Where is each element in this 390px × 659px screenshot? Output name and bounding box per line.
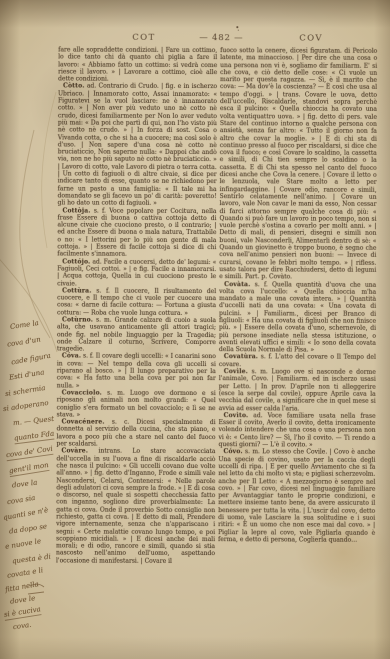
entry-headword: Cotùrno.: [62, 316, 93, 323]
ink-speck: [236, 26, 238, 28]
entry-headword: Covìto.: [224, 412, 249, 419]
entry-body: s. f. Voce popolare per Cocitura, nella …: [57, 207, 216, 258]
text-column-right: fuoco sotto la cenere, dicesi figuratam.…: [218, 47, 377, 544]
entry-headword: Covacénere.: [62, 419, 105, 426]
header-guide-word-left: COT: [132, 33, 155, 43]
dictionary-entry: Covatùra. s. f. L'atto del covare o Il T…: [219, 354, 376, 369]
entry-body: intrans. Lo stare accovacciata dell'ucce…: [56, 448, 216, 565]
entry-body: s. f. Quella quantità d'uova che una vol…: [219, 281, 376, 354]
dictionary-entry: Cottòja. s. f. Voce popolare per Cocitur…: [57, 207, 216, 259]
dictionary-entry: Cóvo. s. m. Lo stesso che Covile. | Covo…: [218, 448, 375, 544]
entry-headword: Covàre.: [61, 448, 88, 455]
entry-body: s. m. Lo stesso che Covile. | Covo è anc…: [218, 449, 375, 544]
entry-headword: Covàta.: [224, 281, 250, 288]
entry-body: s. f. Il covare degli uccelli: « I canar…: [57, 353, 216, 389]
header-guide-word-right: COV: [299, 33, 323, 43]
entry-headword: Cottùra.: [62, 287, 91, 294]
dictionary-entry: Cottójo. ad. Facile a cuocersi, detto de…: [57, 258, 216, 288]
dictionary-entry: Covacciolo. s. m. Luogo ove dormono e si…: [57, 389, 216, 419]
dictionary-entry: fare alle sopraddette condizioni. | Fare…: [58, 46, 217, 83]
dictionary-entry: Covàre. intrans. Lo stare accovacciata d…: [56, 448, 216, 565]
dictionary-entry: Cottùra. s. f. Il cuocere, Il risultamen…: [57, 287, 216, 317]
text-column-left: fare alle sopraddette condizioni. | Fare…: [56, 46, 217, 565]
page-number: — 482 —: [199, 33, 243, 43]
dictionary-entry: fuoco sotto la cenere, dicesi figuratam.…: [219, 47, 377, 281]
dictionary-entry: Covàta. s. f. Quella quantità d'uova che…: [219, 281, 376, 355]
entry-body: fare alle sopraddette condizioni. | Fare…: [58, 46, 217, 82]
entry-headword: Cóvo.: [223, 448, 242, 455]
dictionary-entry: Còtto. ad. Contrario di Crudo. | fig. e …: [58, 83, 218, 208]
dictionary-entry: Covacénere. s. c. Dicesi specialmente di…: [56, 419, 215, 449]
dictionary-entry: Covìle. s. m. Luogo ove si nasconde e do…: [219, 368, 376, 412]
dictionary-entry: Cóva. s. f. Il covare degli uccelli: « I…: [57, 353, 216, 390]
dictionary-entry: Covìto. ad. Voce familiare usata nella f…: [218, 412, 375, 449]
entry-headword: Covacciolo.: [62, 389, 102, 396]
entry-headword: Covìle.: [224, 368, 248, 375]
printed-text-layer: COT — 482 — COV fare alle sopraddette co…: [0, 0, 390, 659]
entry-headword: Cottójo.: [62, 258, 90, 265]
entry-body: fuoco sotto la cenere, dicesi figuratam.…: [219, 47, 377, 281]
entry-body: ad. Contrario di Crudo. | fig. e in isch…: [58, 83, 218, 207]
entry-headword: Cóva.: [62, 353, 81, 360]
running-header: COT — 482 — COV: [1, 32, 390, 46]
entry-body: s. m. Luogo ove si nasconde e dorme l'an…: [219, 368, 376, 412]
entry-headword: Covatùra.: [224, 354, 258, 361]
entry-headword: Cottòja.: [63, 207, 91, 214]
entry-headword: Còtto.: [63, 83, 85, 90]
dictionary-entry: Cotùrno. s. m. Grande calzare di cuoio a…: [57, 316, 216, 353]
book-page-scan: COT — 482 — COV fare alle sopraddette co…: [0, 0, 390, 659]
